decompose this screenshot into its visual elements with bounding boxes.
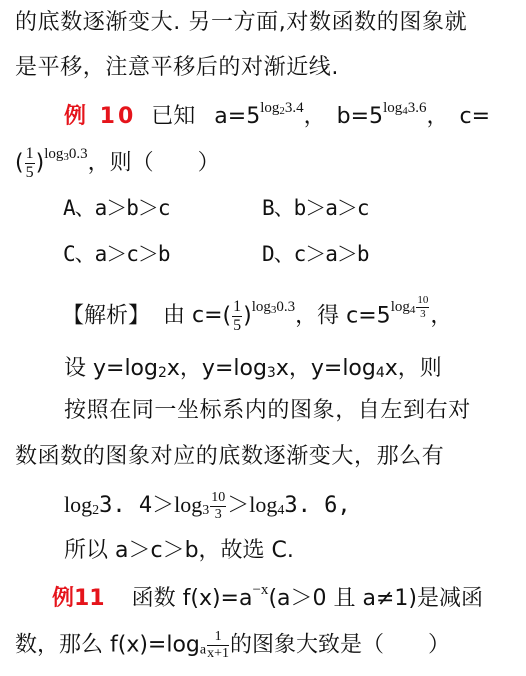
solution-line-3: 按照在同一坐标系内的图象，自左到右对 bbox=[64, 396, 471, 426]
solution-line-4: 数函数的图象对应的底数逐渐变大，那么有 bbox=[15, 442, 444, 472]
expr-a: a=5log23.4， bbox=[214, 104, 332, 129]
expr-b: b=5log43.6， bbox=[337, 104, 456, 129]
option-a: A、a＞b＞c bbox=[63, 193, 170, 223]
option-d: D、c＞a＞b bbox=[262, 239, 369, 269]
solution-line-6-answer: 所以 a＞c＞b，故选 C. bbox=[64, 536, 294, 566]
fraction-ten-thirds: 103 bbox=[416, 295, 429, 320]
solution-tag: 【解析】 bbox=[62, 303, 150, 328]
fraction-one-fifth: 15 bbox=[232, 299, 242, 334]
example10-lead: 已知 bbox=[151, 104, 195, 129]
expr-c-prefix: c= bbox=[460, 104, 491, 129]
fraction-ten-thirds: 103 bbox=[210, 491, 226, 522]
option-b: B、b＞a＞c bbox=[262, 193, 369, 223]
intro-line-2: 是平移，注意平移后的对渐近线. bbox=[15, 53, 339, 83]
example10-label: 例 10 bbox=[64, 104, 136, 129]
solution-line-1: 【解析】 由 c=(15)log30.3，得 c=5log4103， bbox=[62, 298, 452, 334]
fraction-one-over-x-plus-1: 1x+1 bbox=[207, 630, 229, 661]
example11-question-line-2: 数，那么 f(x)=loga1x+1的图象大致是（ ） bbox=[15, 630, 450, 661]
fraction-one-fifth: 15 bbox=[25, 146, 35, 181]
example10-question-line-2: (15)log30.3，则（ ） bbox=[15, 146, 220, 181]
example11-question-line-1: 例11 函数 f(x)=a−x(a＞0 且 a≠1)是减函 bbox=[52, 584, 483, 614]
intro-line-1: 的底数逐渐变大. 另一方面,对数函数的图象就 bbox=[15, 8, 467, 38]
solution-line-5-inequality: log23. 4＞log3103＞log43. 6, bbox=[64, 490, 351, 522]
example11-label: 例11 bbox=[52, 586, 105, 611]
solution-line-2: 设 y=log2x，y=log3x，y=log4x，则 bbox=[64, 354, 442, 384]
example10-question-line-1: 例 10 已知 a=5log23.4， b=5log43.6， c= bbox=[64, 102, 490, 132]
option-c: C、a＞c＞b bbox=[63, 239, 170, 269]
